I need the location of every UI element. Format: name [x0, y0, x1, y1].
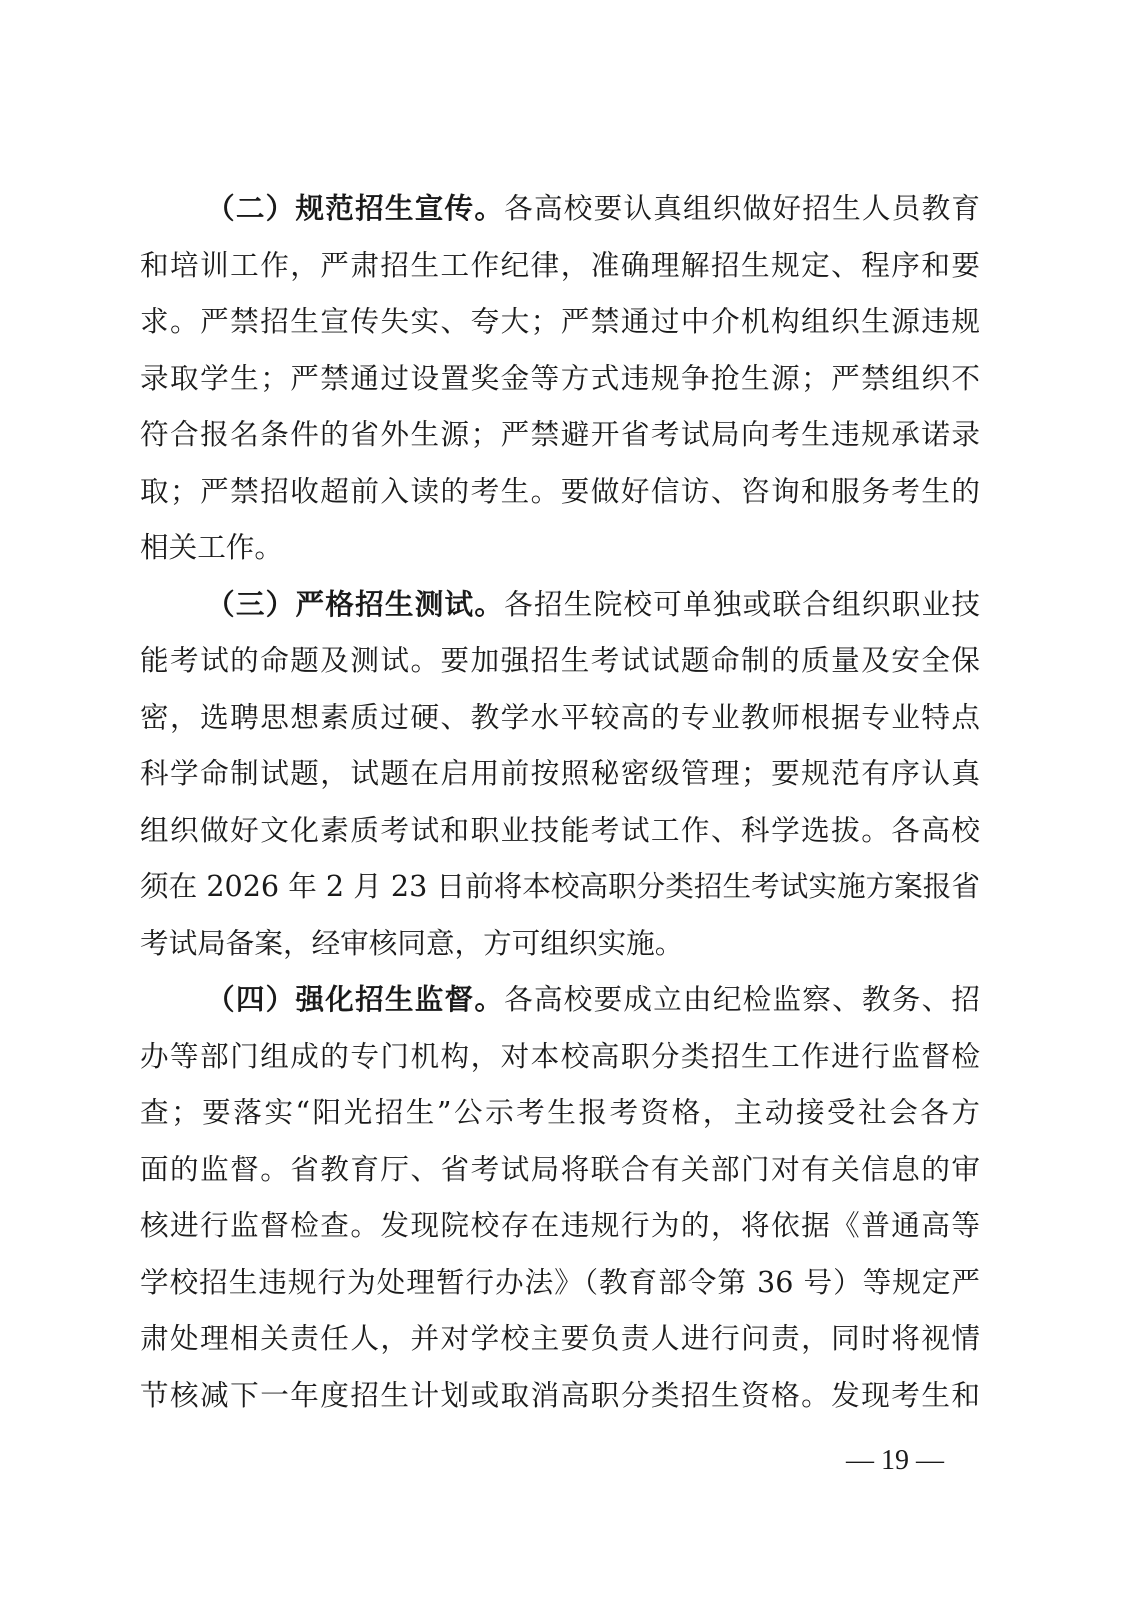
paragraph-line: 查；要落实“阳光招生”公示考生报考资格，主动接受社会各方 [140, 1084, 980, 1141]
paragraph-line: 组织做好文化素质考试和职业技能考试工作、科学选拔。各高校 [140, 802, 980, 859]
paragraph-line: 录取学生；严禁通过设置奖金等方式违规争抢生源；严禁组织不 [140, 350, 980, 407]
paragraph-line: 能考试的命题及测试。要加强招生考试试题命制的质量及安全保 [140, 632, 980, 689]
paragraph-line: 相关工作。 [140, 519, 980, 576]
page-number: — 19 — [840, 1445, 950, 1477]
paragraph-line: 节核减下一年度招生计划或取消高职分类招生资格。发现考生和 [140, 1367, 980, 1424]
paragraph-line: 符合报名条件的省外生源；严禁避开省考试局向考生违规承诺录 [140, 406, 980, 463]
section-heading: （三）严格招生测试。 [206, 587, 504, 621]
section-heading: （二）规范招生宣传。 [206, 191, 504, 225]
paragraph-line: （三）严格招生测试。各招生院校可单独或联合组织职业技 [140, 576, 980, 633]
section-strengthen-supervision: （四）强化招生监督。各高校要成立由纪检监察、教务、招 办等部门组成的专门机构，对… [140, 971, 980, 1423]
paragraph-line: 学校招生违规行为处理暂行办法》（教育部令第 36 号）等规定严 [140, 1254, 980, 1311]
paragraph-line: 肃处理相关责任人，并对学校主要负责人进行问责，同时将视情 [140, 1310, 980, 1367]
section-heading: （四）强化招生监督。 [206, 982, 504, 1016]
paragraph-line: （四）强化招生监督。各高校要成立由纪检监察、教务、招 [140, 971, 980, 1028]
paragraph-line: 面的监督。省教育厅、省考试局将联合有关部门对有关信息的审 [140, 1141, 980, 1198]
paragraph-line: 科学命制试题，试题在启用前按照秘密级管理；要规范有序认真 [140, 745, 980, 802]
line-text: 各高校要成立由纪检监察、教务、招 [504, 982, 980, 1016]
paragraph-line: 考试局备案，经审核同意，方可组织实施。 [140, 915, 980, 972]
paragraph-line: 办等部门组成的专门机构，对本校高职分类招生工作进行监督检 [140, 1028, 980, 1085]
paragraph-line: 核进行监督检查。发现院校存在违规行为的，将依据《普通高等 [140, 1197, 980, 1254]
paragraph-line: 密，选聘思想素质过硬、教学水平较高的专业教师根据专业特点 [140, 689, 980, 746]
document-page: （二）规范招生宣传。各高校要认真组织做好招生人员教育 和培训工作，严肃招生工作纪… [0, 0, 1131, 1600]
line-text: 各高校要认真组织做好招生人员教育 [504, 191, 980, 225]
paragraph-line: 须在 2026 年 2 月 23 日前将本校高职分类招生考试实施方案报省 [140, 858, 980, 915]
paragraph-line: 取；严禁招收超前入读的考生。要做好信访、咨询和服务考生的 [140, 463, 980, 520]
paragraph-line: （二）规范招生宣传。各高校要认真组织做好招生人员教育 [140, 180, 980, 237]
section-strict-testing: （三）严格招生测试。各招生院校可单独或联合组织职业技 能考试的命题及测试。要加强… [140, 576, 980, 972]
document-body: （二）规范招生宣传。各高校要认真组织做好招生人员教育 和培训工作，严肃招生工作纪… [140, 180, 980, 1423]
section-regulate-publicity: （二）规范招生宣传。各高校要认真组织做好招生人员教育 和培训工作，严肃招生工作纪… [140, 180, 980, 576]
line-text: 各招生院校可单独或联合组织职业技 [504, 587, 980, 621]
paragraph-line: 求。严禁招生宣传失实、夸大；严禁通过中介机构组织生源违规 [140, 293, 980, 350]
paragraph-line: 和培训工作，严肃招生工作纪律，准确理解招生规定、程序和要 [140, 237, 980, 294]
